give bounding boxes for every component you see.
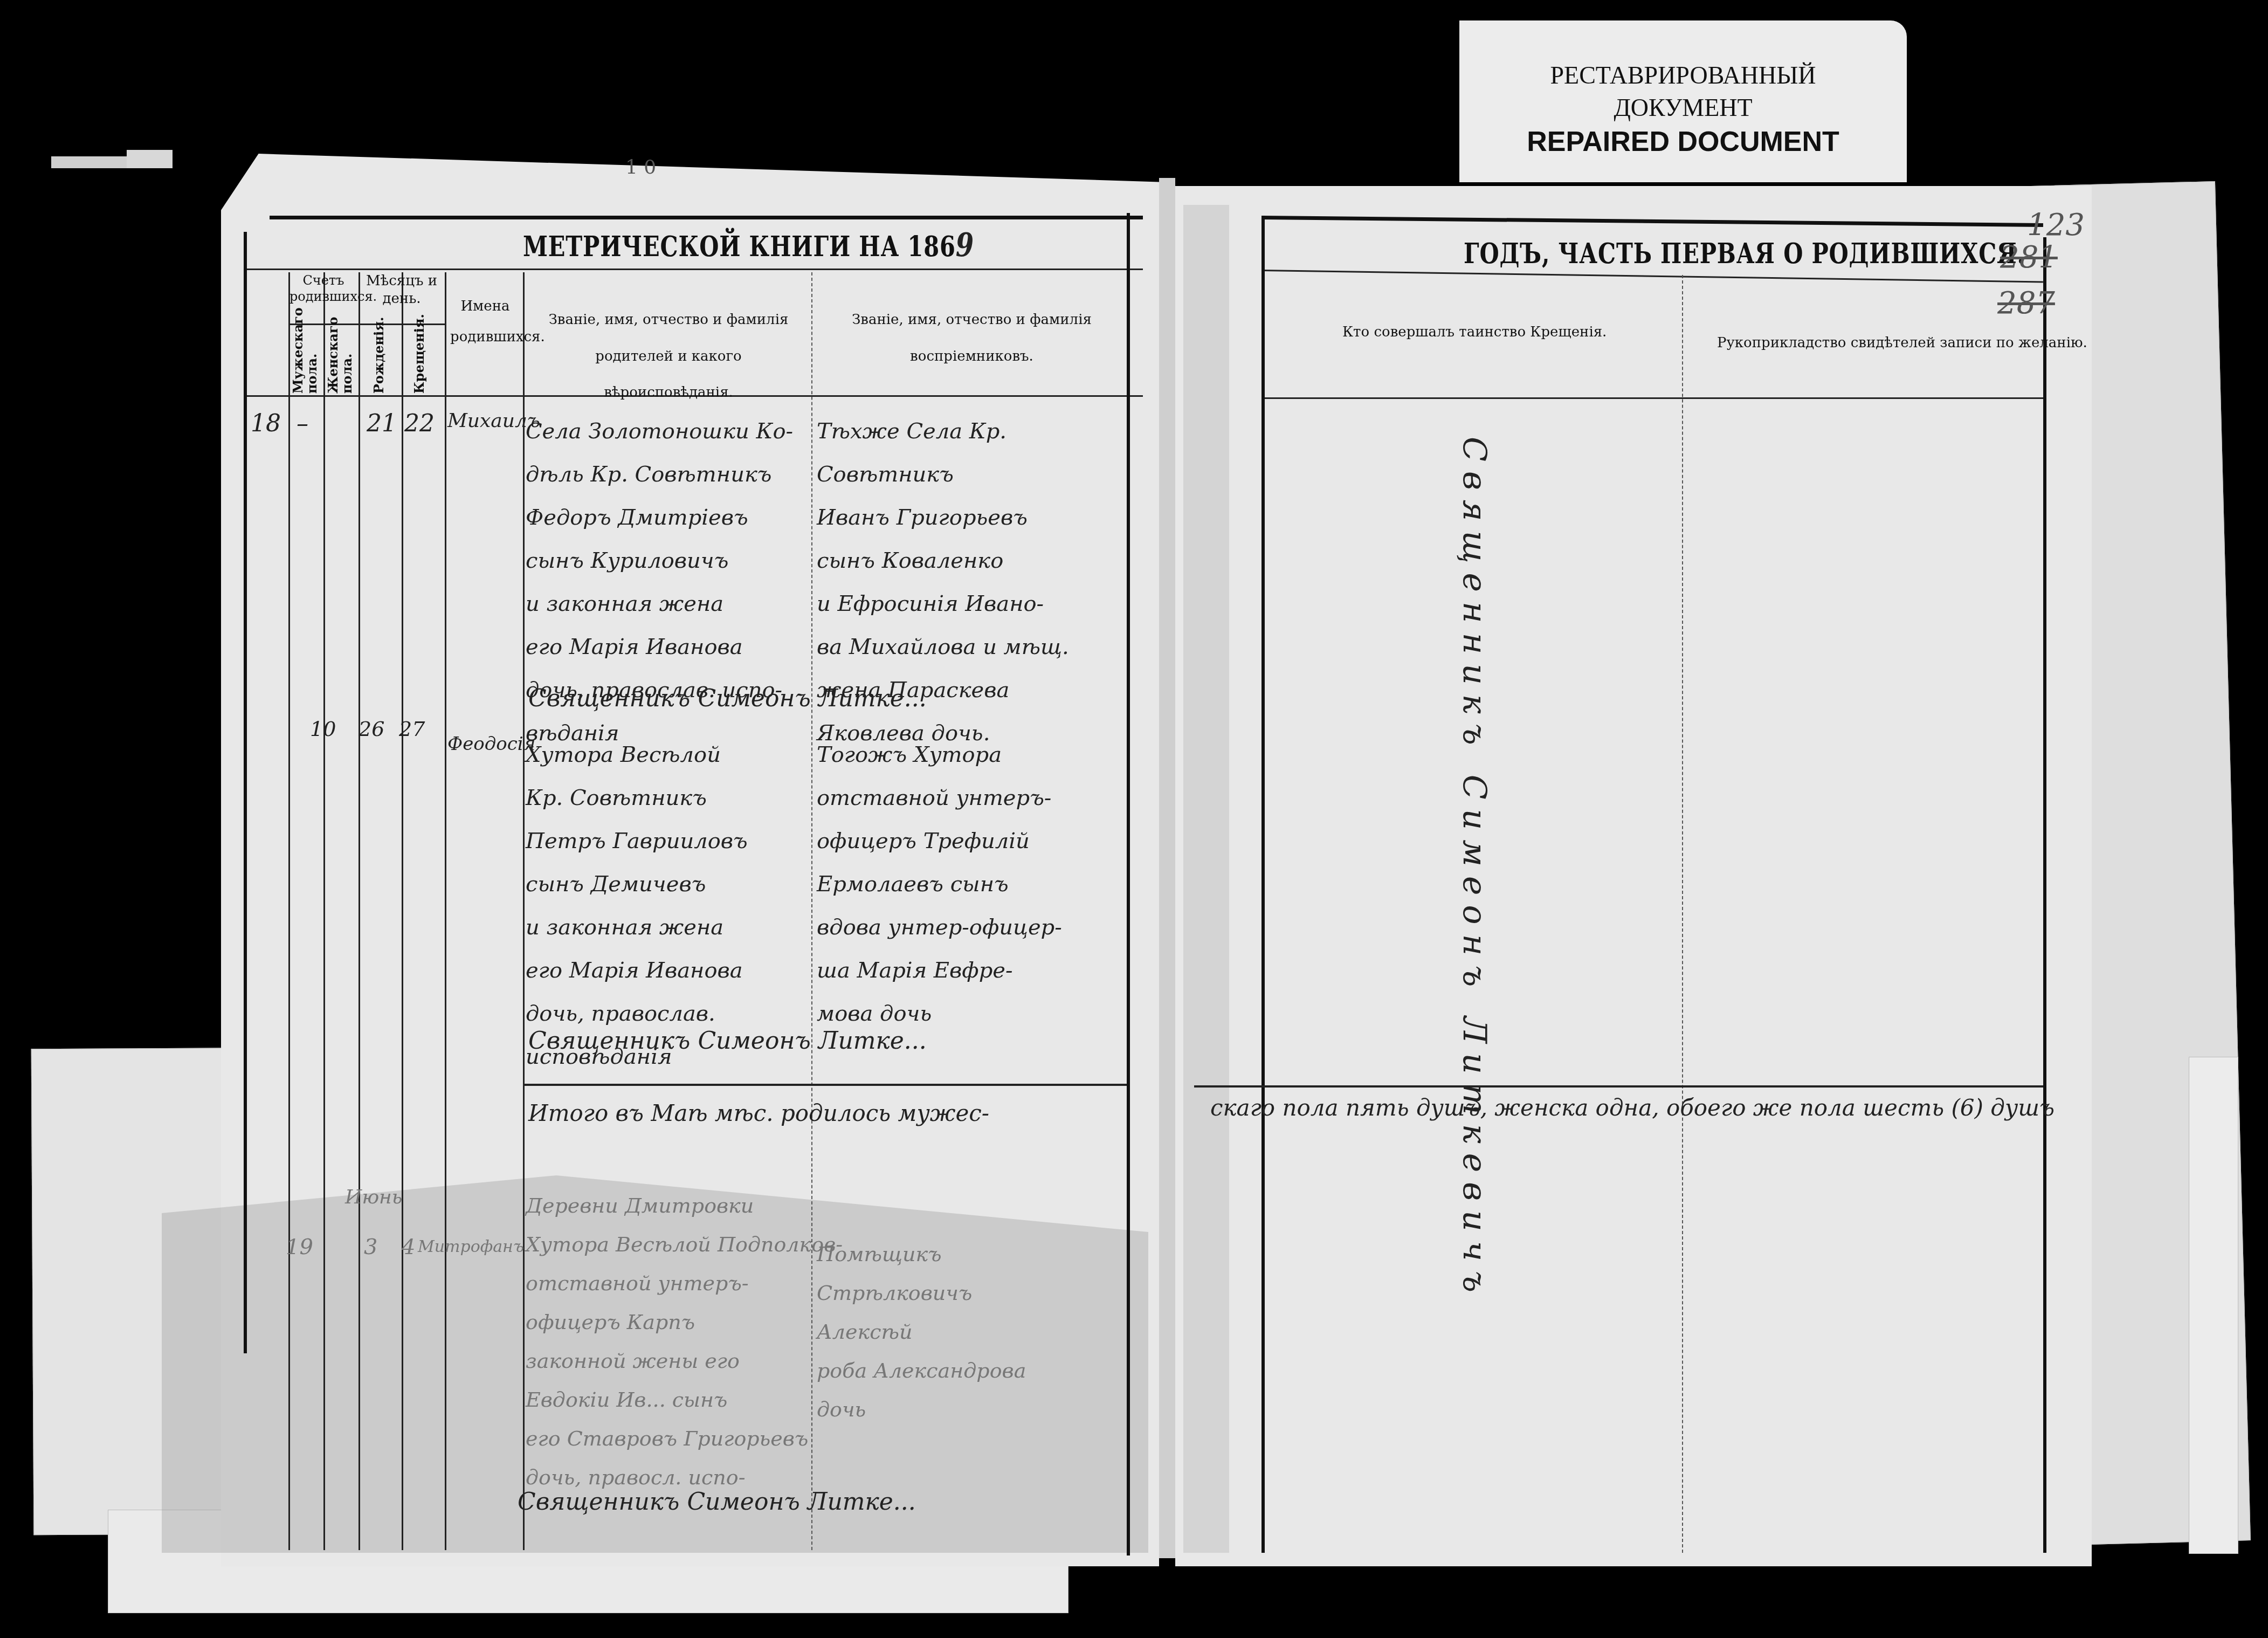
right-left-border (1261, 216, 1265, 1553)
entry-2-female-no: 10 (310, 717, 336, 741)
entry-3-parent-line: Евдокіи Ив... сынъ (526, 1380, 811, 1419)
total-rule-left (523, 1084, 1127, 1086)
right-page-shadow-strip (1183, 205, 1229, 1553)
col-sep-5 (445, 272, 446, 1550)
entry-2-signature: Священникъ Симеонъ Литке... (528, 1027, 927, 1055)
header-date-baptism: Крещенія. (412, 326, 426, 394)
entry-2-godparent-line: Ермолаевъ сынъ (817, 863, 1124, 906)
header-godparents: Званіе, имя, отчество и фамилія воспріем… (822, 302, 1121, 375)
stamp-line-ru-2: ДОКУМЕНТ (1459, 93, 1907, 122)
entry-3-godparent-line: Стрѣлковичъ (817, 1274, 1124, 1312)
header-count-male: Мужескаго пола. (291, 326, 320, 394)
right-page (1175, 186, 2092, 1566)
entry-3-parent-line: законной жены его (526, 1341, 811, 1380)
entry-1-parent-line: сынъ Куриловичъ (526, 539, 811, 582)
entry-1-parent-line: его Марія Иванова (526, 625, 811, 669)
entry-2-birth-day: 26 (359, 717, 384, 741)
entry-1-godparent-line: Иванъ Григорьевъ (817, 496, 1124, 539)
entry-1-godparent-line: Совѣтникъ (817, 453, 1124, 496)
paper-stack-right-2 (2189, 1057, 2238, 1554)
title-year-handwritten: 9 (956, 226, 974, 264)
entry-1-male-no: 18 (251, 410, 281, 437)
entry-3-godparent-line: Помѣщикъ (817, 1235, 1124, 1274)
left-header-rule (245, 269, 1143, 270)
entry-3-signature: Священникъ Симеонъ Литке... (518, 1488, 916, 1516)
entry-3-parent-line: Деревни Дмитровки (526, 1186, 811, 1225)
entry-2-parent-line: Петръ Гаврииловъ (526, 820, 811, 863)
book-spine (1159, 178, 1175, 1558)
entry-2-godparent-line: Тогожъ Хутора (817, 733, 1124, 776)
entry-3-godparents: Помѣщикъ Стрѣлковичъ Алексѣй роба Алекса… (817, 1235, 1124, 1429)
entry-3-male-no: 19 (286, 1235, 313, 1260)
entry-2-parent-line: Кр. Совѣтникъ (526, 776, 811, 820)
col-sep-3 (359, 272, 360, 1550)
entry-2-name: Феодосія (447, 733, 535, 755)
entry-3-godparent-line: Алексѣй (817, 1312, 1124, 1351)
entry-2-parent-line: сынъ Демичевъ (526, 863, 811, 906)
entry-3-godparent-line: роба Александрова (817, 1351, 1124, 1390)
col-sep-2 (323, 272, 325, 1550)
header-count-female: Женскаго пола. (326, 326, 355, 394)
right-header-bottom-rule (1261, 397, 2043, 399)
header-date-birth: Рожденія. (372, 326, 386, 394)
entry-2-parent-line: Хутора Весѣлой (526, 733, 811, 776)
header-parents: Званіе, имя, отчество и фамилія родителе… (534, 302, 803, 411)
entry-2-parent-line: его Марія Иванова (526, 949, 811, 992)
col-sep-7 (811, 272, 812, 1550)
entry-1-godparent-line: сынъ Коваленко (817, 539, 1124, 582)
entry-1-birth-day: 21 (367, 410, 397, 437)
entry-3-parent-line: отставной унтеръ- (526, 1264, 811, 1303)
col-sep-1 (288, 272, 290, 1550)
header-baptizer: Кто совершалъ таинство Крещенія. (1342, 324, 1607, 341)
stamp-line-en: REPAIRED DOCUMENT (1459, 126, 1907, 158)
entry-1-baptism-day: 22 (404, 410, 435, 437)
entry-2-parent-line: и законная жена (526, 906, 811, 949)
left-page-mark: 1 0 (625, 156, 656, 178)
entry-3-parent-line: Хутора Весѣлой Подполков- (526, 1225, 811, 1264)
entry-1-signature: Священникъ Симеонъ Литке... (528, 685, 927, 712)
total-rule-right (1194, 1085, 2043, 1088)
entry-3-parent-line: его Ставровъ Григорьевъ (526, 1419, 811, 1458)
entry-1-parent-line: Села Золотоношки Ко- (526, 410, 811, 453)
entry-1-godparent-line: и Ефросинія Ивано- (817, 582, 1124, 625)
right-col-sep (1682, 275, 1683, 1553)
col-sep-6 (523, 272, 525, 1550)
total-line-left: Итого въ Маѣ мѣс. родилось мужес- (528, 1100, 989, 1126)
header-date-group: Мѣсяцъ и день. (360, 272, 444, 307)
stamp-line-ru-1: РЕСТАВРИРОВАННЫЙ (1459, 61, 1907, 90)
paper-tab-top-left-2 (127, 150, 173, 168)
entry-2-godparent-line: вдова унтер-офицер- (817, 906, 1124, 949)
entry-1-godparent-line: ва Михайлова и мѣщ. (817, 625, 1124, 669)
repaired-document-stamp: РЕСТАВРИРОВАННЫЙ ДОКУМЕНТ REPAIRED DOCUM… (1459, 20, 1907, 182)
right-right-border (2043, 237, 2046, 1553)
entry-2-godparent-line: ша Марія Евфре- (817, 949, 1124, 992)
col-sep-4 (402, 272, 403, 1550)
left-right-border (1127, 213, 1130, 1556)
header-count-group: Счетъ родившихся. (289, 272, 357, 305)
right-page-title: ГОДЪ, ЧАСТЬ ПЕРВАЯ О РОДИВШИХСЯ. (1464, 237, 2025, 270)
left-page-title: МЕТРИЧЕСКОЙ КНИГИ НА 1869 (523, 226, 974, 264)
entry-3-name: Митрофанъ (418, 1237, 524, 1256)
baptizer-vertical-signature: Священникъ Симеонъ Литкевичъ (1456, 437, 1493, 1302)
entry-1-godparent-line: Тѣхже Села Кр. (817, 410, 1124, 453)
entry-1-parent-line: дѣль Кр. Совѣтникъ (526, 453, 811, 496)
header-witnesses: Рукоприкладство свидѣтелей записи по жел… (1717, 334, 2087, 352)
entry-3-parents: Деревни Дмитровки Хутора Весѣлой Подполк… (526, 1186, 811, 1497)
entry-2-parents: Хутора Весѣлой Кр. Совѣтникъ Петръ Гаври… (526, 733, 811, 1078)
entry-3-month: Июнь (345, 1186, 402, 1208)
page-number-top: 123 (2027, 208, 2085, 243)
page-number-low: 287 (1997, 286, 2055, 321)
entry-3-parent-line: офицеръ Карпъ (526, 1303, 811, 1341)
left-top-rule (270, 216, 1143, 219)
left-title-text: МЕТРИЧЕСКОЙ КНИГИ НА 186 (523, 230, 956, 263)
entry-3-godparent-line: дочь (817, 1390, 1124, 1429)
entry-2-baptism-day: 27 (399, 717, 425, 741)
entry-1-parent-line: и законная жена (526, 582, 811, 625)
total-line-right: скаго пола пять душъ, женска одна, обоег… (1210, 1095, 2055, 1121)
left-border (244, 232, 247, 1353)
entry-2-godparent-line: отставной унтеръ- (817, 776, 1124, 820)
page-number-mid: 281 (2000, 240, 2058, 275)
entry-1-parent-line: Федоръ Дмитріевъ (526, 496, 811, 539)
entry-2-godparents: Тогожъ Хутора отставной унтеръ- офицеръ … (817, 733, 1124, 1035)
entry-3-baptism-day: 4 (402, 1235, 415, 1260)
header-names: Имена родившихся. (450, 291, 520, 353)
entry-1-female-no: – (297, 410, 308, 437)
entry-3-birth-day: 3 (364, 1235, 377, 1260)
entry-2-godparent-line: офицеръ Трефилій (817, 820, 1124, 863)
